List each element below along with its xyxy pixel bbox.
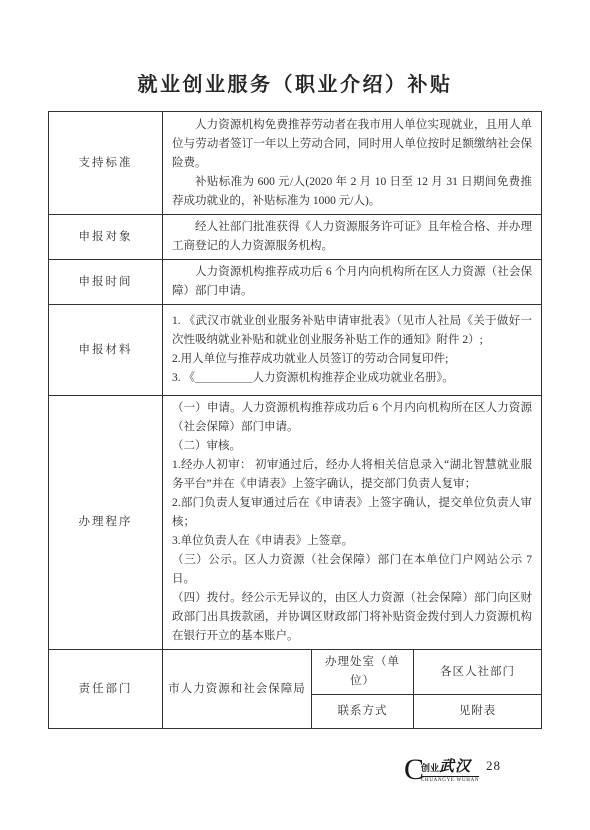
handling-office-key: 办理处室（单位）: [312, 650, 414, 695]
table-row-processing-procedure: 办理程序 （一）申请。人力资源机构推荐成功后 6 个月内向机构所在区人力资源（社…: [49, 396, 542, 650]
paragraph: 1.经办人初审： 初审通过后，经办人将相关信息录入“湖北智慧就业服务平台”并在《…: [172, 456, 532, 494]
logo-chinese-text: 创业武汉: [421, 760, 479, 775]
table-row-support-standard: 支持标准 人力资源机构免费推荐劳动者在我市用人单位实现就业，且用人单位与劳动者签…: [49, 112, 542, 215]
table-row-application-target: 申报对象 经人社部门批准获得《人力资源服务许可证》且年检合格、并办理工商登记的人…: [49, 215, 542, 260]
logo-text-wuhan: 武汉: [439, 759, 471, 775]
paragraph: 2.部门负责人复审通过后在《申请表》上签字确认，提交单位负责人审核；: [172, 494, 532, 532]
table-row-application-time: 申报时间 人力资源机构推荐成功后 6 个月内向机构所在区人力资源（社会保障）部门…: [49, 260, 542, 305]
paragraph: （一）申请。人力资源机构推荐成功后 6 个月内向机构所在区人力资源（社会保障）部…: [172, 399, 532, 437]
paragraph: （三）公示。区人力资源（社会保障）部门在本单位门户网站公示 7 日。: [172, 551, 532, 589]
document-page: 就业创业服务（职业介绍）补贴 支持标准 人力资源机构免费推荐劳动者在我市用人单位…: [0, 0, 590, 830]
page-title: 就业创业服务（职业介绍）补贴: [0, 0, 590, 98]
application-target-content: 经人社部门批准获得《人力资源服务许可证》且年检合格、并办理工商登记的人力资源服务…: [163, 215, 542, 260]
support-standard-content: 人力资源机构免费推荐劳动者在我市用人单位实现就业，且用人单位与劳动者签订一年以上…: [163, 112, 542, 215]
paragraph: 人力资源机构免费推荐劳动者在我市用人单位实现就业，且用人单位与劳动者签订一年以上…: [172, 116, 532, 173]
table-row-application-materials: 申报材料 1. 《武汉市就业创业服务补贴申请审批表》（见市人社局《关于做好一次性…: [49, 305, 542, 396]
chuangye-wuhan-logo: C 创业武汉 CHUANGYE WUHAN: [404, 756, 479, 784]
logo-text-block: 创业武汉 CHUANGYE WUHAN: [421, 760, 479, 783]
processing-procedure-content: （一）申请。人力资源机构推荐成功后 6 个月内向机构所在区人力资源（社会保障）部…: [163, 396, 542, 650]
application-materials-content: 1. 《武汉市就业创业服务补贴申请审批表》（见市人社局《关于做好一次性吸纳就业补…: [163, 305, 542, 396]
table-row-responsible-department: 责任部门 市人力资源和社会保障局 办理处室（单位） 各区人社部门: [49, 650, 542, 695]
row-label-application-materials: 申报材料: [49, 305, 163, 396]
handling-office-value: 各区人社部门: [414, 650, 542, 695]
page-number: 28: [486, 758, 501, 774]
row-label-support-standard: 支持标准: [49, 112, 163, 215]
paragraph: （四）拨付。经公示无异议的，由区人力资源（社会保障）部门向区财政部门出具拨款函，…: [172, 589, 532, 646]
paragraph: 人力资源机构推荐成功后 6 个月内向机构所在区人力资源（社会保障）部门申请。: [172, 263, 532, 301]
row-label-application-time: 申报时间: [49, 260, 163, 305]
row-label-processing-procedure: 办理程序: [49, 396, 163, 650]
paragraph: 补贴标准为 600 元/人(2020 年 2 月 10 日至 12 月 31 日…: [172, 173, 532, 211]
paragraph: 经人社部门批准获得《人力资源服务许可证》且年检合格、并办理工商登记的人力资源服务…: [172, 218, 532, 256]
paragraph: 3. 《＿＿＿＿＿人力资源机构推荐企业成功就业名册》。: [172, 369, 532, 388]
subsidy-info-table: 支持标准 人力资源机构免费推荐劳动者在我市用人单位实现就业，且用人单位与劳动者签…: [48, 111, 542, 729]
row-label-application-target: 申报对象: [49, 215, 163, 260]
contact-key: 联系方式: [312, 695, 414, 729]
paragraph: 1. 《武汉市就业创业服务补贴申请审批表》（见市人社局《关于做好一次性吸纳就业补…: [172, 312, 532, 350]
paragraph: 3.单位负责人在《申请表》上签章。: [172, 532, 532, 551]
paragraph: 2.用人单位与推荐成功就业人员签订的劳动合同复印件;: [172, 350, 532, 369]
application-time-content: 人力资源机构推荐成功后 6 个月内向机构所在区人力资源（社会保障）部门申请。: [163, 260, 542, 305]
logo-latin-text: CHUANGYE WUHAN: [421, 776, 479, 783]
paragraph: （二）审核。: [172, 437, 532, 456]
logo-text-chuangye: 创业: [421, 763, 439, 773]
responsible-department-name: 市人力资源和社会保障局: [163, 650, 312, 729]
contact-value: 见附表: [414, 695, 542, 729]
row-label-responsible-department: 责任部门: [49, 650, 163, 729]
